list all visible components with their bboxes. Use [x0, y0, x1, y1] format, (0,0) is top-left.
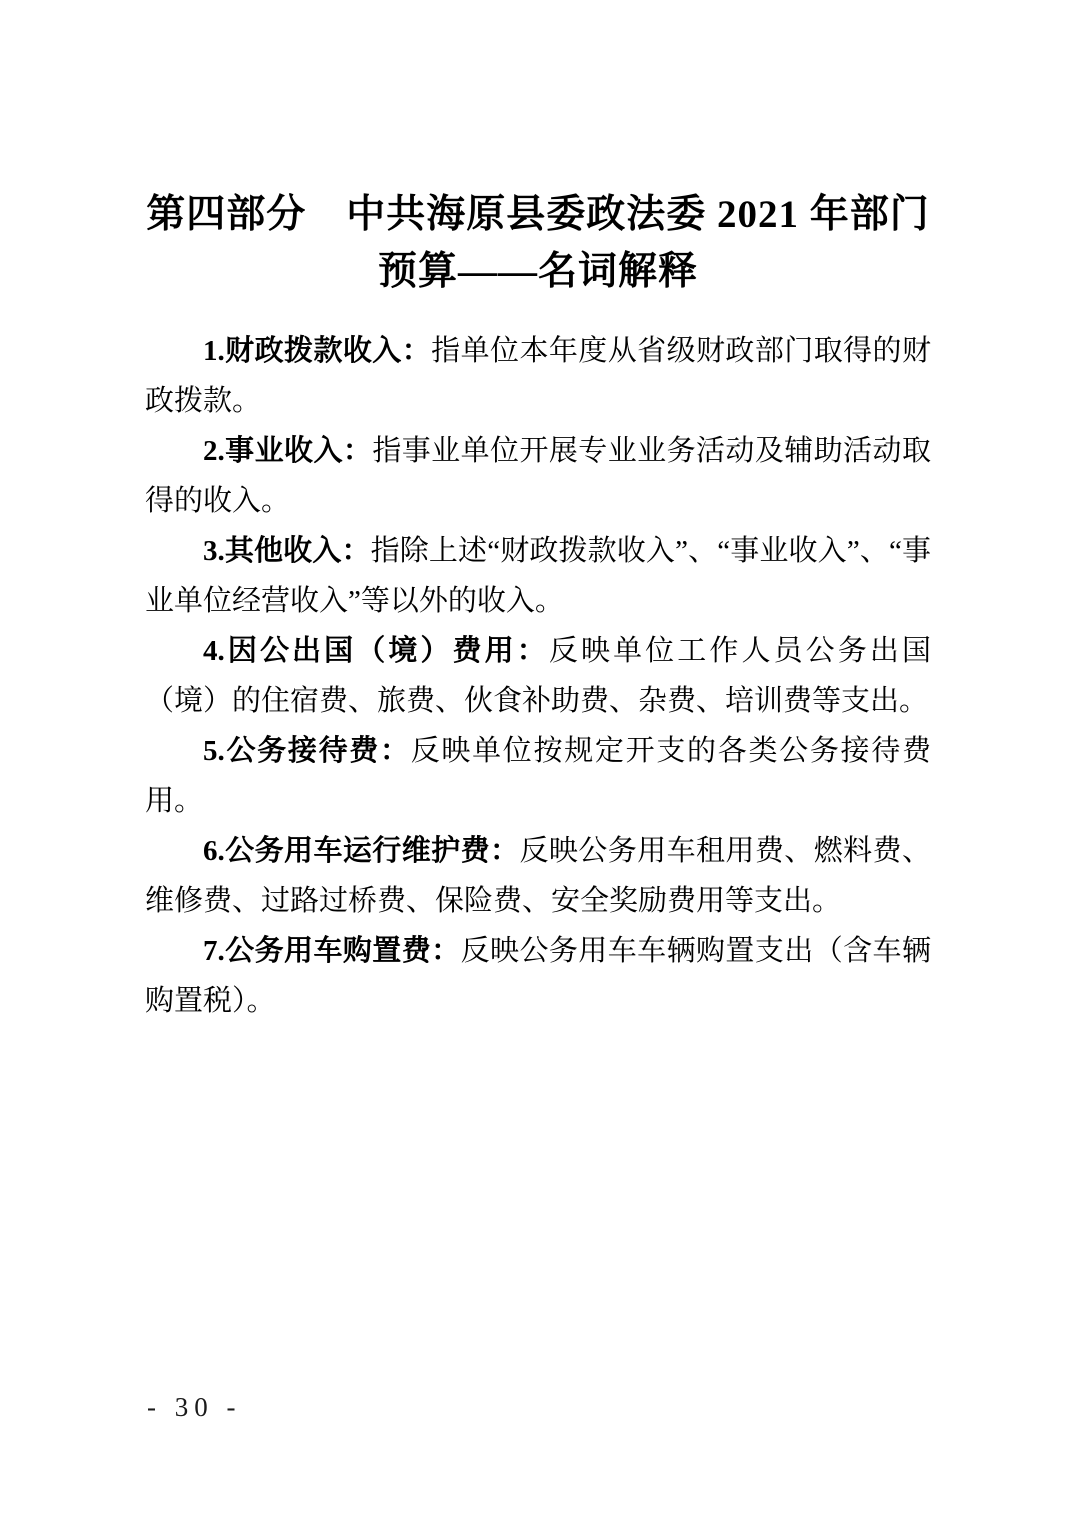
- term-label: 4.因公出国（境）费用：: [203, 635, 549, 667]
- page-number: - 30 -: [147, 1392, 241, 1423]
- term-label: 5.公务接待费：: [203, 735, 411, 767]
- term-label: 6.公务用车运行维护费：: [203, 835, 519, 867]
- document-content: 第四部分 中共海原县委政法委 2021 年部门 预算——名词解释 1.财政拨款收…: [145, 0, 931, 1026]
- document-page: 第四部分 中共海原县委政法委 2021 年部门 预算——名词解释 1.财政拨款收…: [0, 0, 1074, 1520]
- definition-paragraph: 3.其他收入：指除上述“财政拨款收入”、“事业收入”、“事业单位经营收入”等以外…: [145, 526, 931, 626]
- term-label: 2.事业收入：: [203, 435, 372, 467]
- definition-paragraph: 1.财政拨款收入：指单位本年度从省级财政部门取得的财政拨款。: [145, 326, 931, 426]
- document-title: 第四部分 中共海原县委政法委 2021 年部门 预算——名词解释: [145, 186, 931, 300]
- document-title-line-1: 第四部分 中共海原县委政法委 2021 年部门: [145, 186, 931, 243]
- term-label: 3.其他收入：: [203, 535, 371, 567]
- definition-paragraph: 4.因公出国（境）费用：反映单位工作人员公务出国（境）的住宿费、旅费、伙食补助费…: [145, 626, 931, 726]
- document-title-line-2: 预算——名词解释: [145, 243, 931, 300]
- definition-paragraph: 7.公务用车购置费：反映公务用车车辆购置支出（含车辆购置税）。: [145, 926, 931, 1026]
- definition-paragraph: 5.公务接待费：反映单位按规定开支的各类公务接待费用。: [145, 726, 931, 826]
- definition-paragraph: 6.公务用车运行维护费：反映公务用车租用费、燃料费、维修费、过路过桥费、保险费、…: [145, 826, 931, 926]
- definition-paragraph: 2.事业收入：指事业单位开展专业业务活动及辅助活动取得的收入。: [145, 426, 931, 526]
- term-label: 7.公务用车购置费：: [203, 935, 461, 967]
- term-label: 1.财政拨款收入：: [203, 335, 431, 367]
- document-body: 1.财政拨款收入：指单位本年度从省级财政部门取得的财政拨款。 2.事业收入：指事…: [145, 326, 931, 1026]
